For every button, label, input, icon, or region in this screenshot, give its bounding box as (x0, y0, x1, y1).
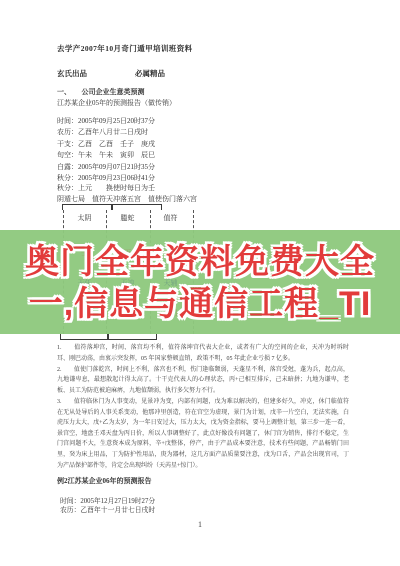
brand-right: 必属精品 (135, 68, 165, 79)
paragraph-1: 1. 值符落坤宫，时间、落宫均不利，值符落坤宫代表大企业，或者有广大的空间的企业… (57, 343, 349, 364)
case1-info-block: 时间：2005年09月25日20时37分 农历：乙酉年八月廿二日戌时 干支：乙酉… (57, 116, 155, 184)
watermark-line-2: 一,信息与通信工程_TI (29, 283, 372, 325)
scanned-document-page: 去学产2007年10月奇门遁甲培训班资料 玄氏出品 必属精品 一、 公司企业生意… (0, 0, 400, 566)
info-line-bailu: 白露：2005年09月07日21时35分 (57, 162, 155, 173)
ju-line-dun: 阴遁七局 值符天冲落五宫 值使伤门落六宫 (57, 194, 197, 205)
info-line-lunar: 农历：乙酉年八月廿二日戌时 (57, 127, 155, 138)
grid-bottom-brace (60, 334, 157, 340)
watermark-line-1: 奥门全年资料免费大全 (25, 241, 375, 283)
brand-line: 玄氏出品 必属精品 (57, 68, 257, 79)
info-line-xunkong: 旬空：午未 午未 寅卯 辰巳 (57, 150, 155, 161)
grid-header-zhifu: 值符 (149, 213, 192, 223)
case2-info-block: 时间：2005年12月27日19时27分 农历：乙酉年十一月廿七日戌时 (60, 498, 155, 515)
grid-header-row: 太阴 螣蛇 值符 (63, 213, 194, 223)
page-title: 去学产2007年10月奇门遁甲培训班资料 (57, 43, 193, 54)
info-line-ganzhi: 干支：乙酉 乙酉 壬子 庚戌 (57, 139, 155, 150)
grid-header-tengshe: 螣蛇 (106, 213, 149, 223)
case2-info-lunar: 农历：乙酉年十一月廿七日戌时 (60, 507, 155, 516)
case1-title: 江苏某企业05年的预测报告（做传销） (57, 98, 176, 108)
section-heading: 一、 公司企业生意类预测 (57, 87, 145, 97)
ju-line-yuan: 秋分：上元 换使时每日为壬 (57, 183, 197, 194)
case2-title: 例2江苏某企业06年的预测报告 (57, 476, 152, 486)
grid-header-taiyin: 太阴 (63, 213, 106, 223)
watermark-text: 奥门全年资料免费大全 一,信息与通信工程_TI (0, 232, 400, 334)
analysis-paragraphs: 1. 值符落坤宫，时间、落宫均不利，值符落坤宫代表大企业，或者有广大的空间的企业… (57, 343, 349, 472)
ju-block: 秋分：上元 换使时每日为壬 阴遁七局 值符天冲落五宫 值使伤门落六宫 (57, 183, 197, 204)
case2-info-time: 时间：2005年12月27日19时27分 (60, 498, 155, 507)
brand-left: 玄氏出品 (57, 68, 87, 79)
paragraph-2: 2. 值使门落乾宫，时间上不利，落宫也不利，伤门逢临颓弱，天蓬星不利，落宫受尅，… (57, 365, 349, 397)
page-number: 1 (0, 520, 400, 529)
info-line-time: 时间：2005年09月25日20时37分 (57, 116, 155, 127)
paragraph-3: 3. 值符临休门为人事变动，见景冲为变，内部有问题，戊为难以解决的，但建多好久，… (57, 397, 349, 471)
